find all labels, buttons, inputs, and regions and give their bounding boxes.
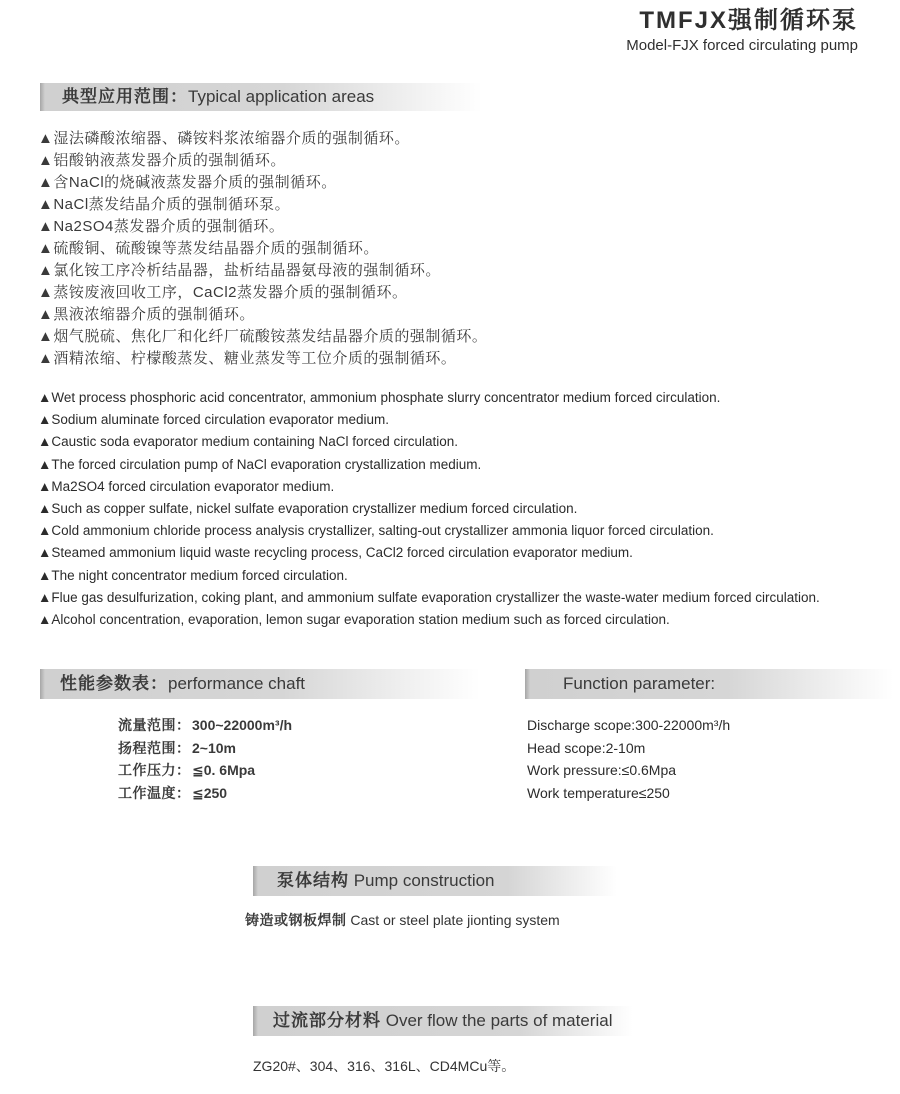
- page-title-en: Model-FJX forced circulating pump: [626, 36, 858, 55]
- param-value: ≦250: [192, 782, 227, 805]
- list-item: ▲酒精浓缩、柠檬酸蒸发、糖业蒸发等工位介质的强制循环。: [38, 348, 487, 370]
- page-title-cn: TMFJX强制循环泵: [626, 6, 858, 36]
- param-label: 工作温度：: [118, 782, 192, 805]
- section-header-function-parameter: Function parameter:: [525, 669, 893, 699]
- param-value: ≦0. 6Mpa: [192, 759, 255, 782]
- section-header-materials-en: Over flow the parts of material: [381, 1011, 612, 1030]
- construction-body-en: Cast or steel plate jionting system: [347, 912, 560, 928]
- construction-body: 铸造或钢板焊制 Cast or steel plate jionting sys…: [245, 910, 560, 930]
- function-params-en: Discharge scope:300-22000m³/h Head scope…: [527, 714, 730, 804]
- param-row: 工作压力： ≦0. 6Mpa: [118, 759, 292, 782]
- title-block: TMFJX强制循环泵 Model-FJX forced circulating …: [626, 6, 858, 55]
- section-header-performance-en: performance chaft: [168, 674, 305, 693]
- param-label: 工作压力：: [118, 759, 192, 782]
- list-item: ▲铝酸钠液蒸发器介质的强制循环。: [38, 150, 487, 172]
- section-header-applications: 典型应用范围：Typical application areas: [40, 83, 482, 111]
- param-label: 流量范围：: [118, 714, 192, 737]
- param-value: 300~22000m³/h: [192, 714, 292, 737]
- section-header-applications-en: Typical application areas: [188, 87, 374, 106]
- list-item: ▲Na2SO4蒸发器介质的强制循环。: [38, 216, 487, 238]
- applications-list-en: ▲Wet process phosphoric acid concentrato…: [38, 387, 820, 631]
- param-row: 流量范围： 300~22000m³/h: [118, 714, 292, 737]
- param-row: Head scope:2-10m: [527, 737, 730, 760]
- list-item: ▲Such as copper sulfate, nickel sulfate …: [38, 498, 820, 520]
- section-header-applications-cn: 典型应用范围：: [62, 87, 188, 106]
- list-item: ▲黑液浓缩器介质的强制循环。: [38, 304, 487, 326]
- performance-params-cn: 流量范围： 300~22000m³/h 扬程范围： 2~10m 工作压力： ≦0…: [118, 714, 292, 804]
- section-header-materials: 过流部分材料 Over flow the parts of material: [253, 1006, 633, 1036]
- list-item: ▲Alcohol concentration, evaporation, lem…: [38, 609, 820, 631]
- list-item: ▲蒸铵废液回收工序，CaCl2蒸发器介质的强制循环。: [38, 282, 487, 304]
- section-header-performance-cn: 性能参数表：: [60, 674, 168, 693]
- param-label: 扬程范围：: [118, 737, 192, 760]
- list-item: ▲Sodium aluminate forced circulation eva…: [38, 409, 820, 431]
- list-item: ▲硫酸铜、硫酸镍等蒸发结晶器介质的强制循环。: [38, 238, 487, 260]
- section-header-materials-cn: 过流部分材料: [273, 1011, 381, 1030]
- section-header-construction: 泵体结构 Pump construction: [253, 866, 617, 896]
- list-item: ▲The night concentrator medium forced ci…: [38, 565, 820, 587]
- list-item: ▲氯化铵工序冷析结晶器，盐析结晶器氨母液的强制循环。: [38, 260, 487, 282]
- list-item: ▲Ma2SO4 forced circulation evaporator me…: [38, 476, 820, 498]
- applications-list-cn: ▲湿法磷酸浓缩器、磷铵料浆浓缩器介质的强制循环。 ▲铝酸钠液蒸发器介质的强制循环…: [38, 128, 487, 370]
- list-item: ▲含NaCl的烧碱液蒸发器介质的强制循环。: [38, 172, 487, 194]
- list-item: ▲NaCl蒸发结晶介质的强制循环泵。: [38, 194, 487, 216]
- list-item: ▲Wet process phosphoric acid concentrato…: [38, 387, 820, 409]
- list-item: ▲Cold ammonium chloride process analysis…: [38, 520, 820, 542]
- list-item: ▲Steamed ammonium liquid waste recycling…: [38, 542, 820, 564]
- param-row: 扬程范围： 2~10m: [118, 737, 292, 760]
- list-item: ▲湿法磷酸浓缩器、磷铵料浆浓缩器介质的强制循环。: [38, 128, 487, 150]
- section-header-construction-en: Pump construction: [349, 871, 495, 890]
- param-row: Work pressure:≤0.6Mpa: [527, 759, 730, 782]
- construction-body-cn: 铸造或钢板焊制: [245, 912, 347, 928]
- section-header-function-parameter-label: Function parameter:: [563, 674, 715, 693]
- param-value: 2~10m: [192, 737, 236, 760]
- param-row: Discharge scope:300-22000m³/h: [527, 714, 730, 737]
- list-item: ▲Flue gas desulfurization, coking plant,…: [38, 587, 820, 609]
- section-header-construction-cn: 泵体结构: [277, 871, 349, 890]
- list-item: ▲The forced circulation pump of NaCl eva…: [38, 454, 820, 476]
- param-row: Work temperature≤250: [527, 782, 730, 805]
- list-item: ▲Caustic soda evaporator medium containi…: [38, 431, 820, 453]
- list-item: ▲烟气脱硫、焦化厂和化纤厂硫酸铵蒸发结晶器介质的强制循环。: [38, 326, 487, 348]
- materials-body: ZG20#、304、316、316L、CD4MCu等。: [253, 1056, 515, 1076]
- section-header-performance: 性能参数表：performance chaft: [40, 669, 480, 699]
- param-row: 工作温度： ≦250: [118, 782, 292, 805]
- datasheet-page: TMFJX强制循环泵 Model-FJX forced circulating …: [0, 0, 900, 1094]
